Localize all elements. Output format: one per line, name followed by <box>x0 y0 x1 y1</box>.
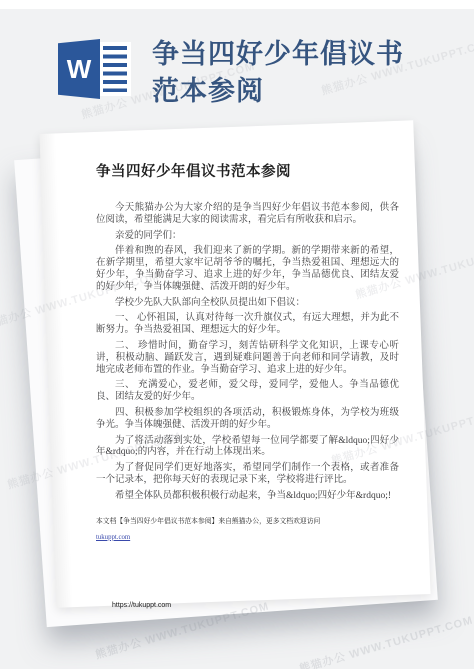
doc-paragraph: 为了将活动落到实处，学校希望每一位同学都要了解&ldquo;四好少年&rdquo… <box>96 436 399 460</box>
doc-paragraph: 亲爱的同学们： <box>96 231 399 243</box>
doc-paragraph: 四、积极参加学校组织的各项活动，积极锻炼身体，为学校为班级争光。争当体魄强健、活… <box>96 408 399 432</box>
word-icon-page <box>100 42 131 96</box>
doc-paragraph: 二、 珍惜时间，勤奋学习，刻苦钻研科学文化知识，上课专心听讲，积极动脑、踊跃发言… <box>96 341 399 376</box>
word-icon-cover: W <box>58 39 100 99</box>
doc-paragraph: 伴着和煦的春风，我们迎来了新的学期。新的学期带来新的希望，在新学期里，希望大家牢… <box>96 246 399 293</box>
doc-title: 争当四好少年倡议书范本参阅 <box>96 160 399 181</box>
doc-paragraph: 三、 充满爱心，爱老师，爱父母，爱同学，爱他人。争当品德优良、团结友爱的好少年。 <box>96 380 399 404</box>
doc-paragraph: 一、 心怀祖国，认真对待每一次升旗仪式，有远大理想，并为此不断努力。争当热爱祖国… <box>96 313 399 337</box>
document-preview: 争当四好少年倡议书范本参阅 今天熊猫办公为大家介绍的是争当四好少年倡议书范本参阅… <box>96 160 399 609</box>
doc-footer-link[interactable]: tukuppt.com <box>96 534 130 541</box>
doc-paragraph: 希望全体队员都积极积极行动起来，争当&ldquo;四好少年&rdquo;! <box>96 491 399 503</box>
header: W 争当四好少年倡议书范本参阅 <box>0 9 474 119</box>
doc-paragraph: 为了督促同学们更好地落实，希望同学们制作一个表格，或者准备一个记录本，把你每天好… <box>96 463 399 487</box>
word-file-icon: W <box>58 36 134 102</box>
doc-footer-note: 本文档【争当四好少年倡议书范本参阅】来自熊猫办公，更多文档欢迎访问 <box>96 517 399 526</box>
doc-paragraph: 今天熊猫办公为大家介绍的是争当四好少年倡议书范本参阅，供各位阅读，希望能满足大家… <box>96 203 399 227</box>
doc-paragraphs: 今天熊猫办公为大家介绍的是争当四好少年倡议书范本参阅，供各位阅读，希望能满足大家… <box>96 203 399 503</box>
page-title: 争当四好少年倡议书范本参阅 <box>152 36 430 110</box>
doc-page-url[interactable]: https://tukuppt.com <box>112 602 399 609</box>
word-icon-lines <box>103 46 127 92</box>
word-icon-letter: W <box>67 56 92 82</box>
watermark-text: 熊猫办公 WWW.TUKUPPT.COM <box>297 611 474 669</box>
doc-paragraph: 学校少先队大队部向全校队员提出如下倡议： <box>96 298 399 310</box>
top-strip <box>0 0 474 9</box>
